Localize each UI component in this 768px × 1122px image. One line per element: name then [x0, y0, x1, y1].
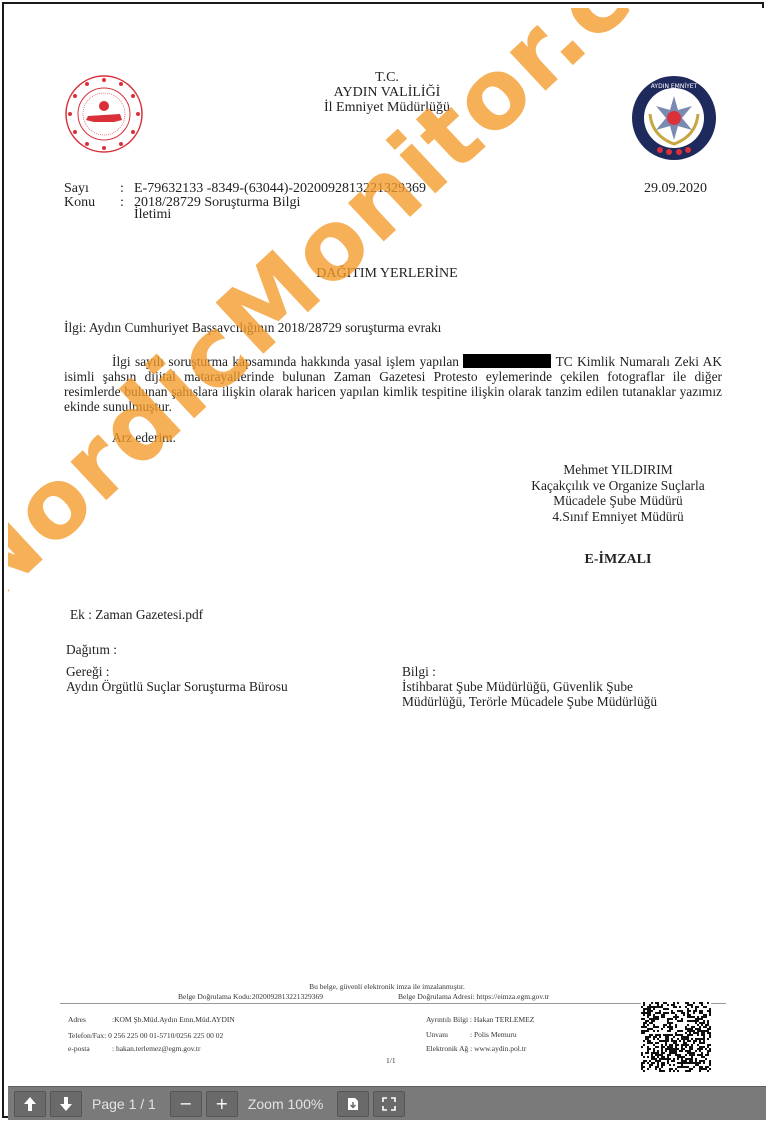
svg-text:AYDIN EMNİYET: AYDIN EMNİYET: [651, 83, 698, 90]
subject-row: Konu:2018/28729 Soruşturma Bilgi: [64, 196, 300, 210]
page-number: 1/1: [386, 1056, 396, 1066]
phone-row: Telefon/Fax: 0 256 225 00 01-5710/0256 2…: [68, 1031, 223, 1041]
title-row: Unvanı: Polis Memuru: [426, 1030, 517, 1040]
document-page: T.C. AYDIN VALİLİĞİ İl Emniyet Müdürlüğü…: [8, 8, 766, 1086]
fullscreen-button[interactable]: [373, 1091, 405, 1117]
download-button[interactable]: [337, 1091, 369, 1117]
qr-code-icon: [641, 1002, 711, 1072]
website-row: Elektronik Ağ : www.aydin.pol.tr: [426, 1044, 526, 1054]
signer-name: Mehmet YILDIRIM: [498, 462, 738, 478]
closing-line: Arz ederim.: [112, 430, 766, 445]
bilgi-value-1: İstihbarat Şube Müdürlüğü, Güvenlik Şube: [402, 679, 657, 694]
footer-divider: [60, 1003, 726, 1004]
signer-title-1: Kaçakçılık ve Organize Suçlarla: [498, 478, 738, 494]
zoom-in-button[interactable]: +: [206, 1091, 238, 1117]
esign-note: Bu belge, güvenli elektronik imza ile im…: [8, 982, 766, 992]
next-page-button[interactable]: [50, 1091, 82, 1117]
pdf-toolbar: Page 1 / 1 − + Zoom 100%: [8, 1086, 766, 1120]
redacted-id-number: [463, 354, 551, 368]
police-emblem-icon: AYDIN EMNİYET: [630, 74, 718, 162]
document-title: DAĞITIM YERLERİNE: [8, 266, 766, 282]
attachment-line: Ek : Zaman Gazetesi.pdf: [70, 607, 203, 622]
reference-number-row: Sayı:E-79632133 -8349-(63044)-2020092813…: [64, 182, 426, 196]
konu-value-cont: İletimi: [134, 208, 171, 222]
bilgi-label: Bilgi :: [402, 664, 657, 679]
distribution-label: Dağıtım :: [66, 642, 117, 657]
signer-title-2: Mücadele Şube Müdürü: [498, 493, 738, 509]
email-row: e-posta: hakan.terlemez@egm.gov.tr: [68, 1044, 200, 1054]
zoom-level: Zoom 100%: [242, 1096, 333, 1112]
signature-block: Mehmet YILDIRIM Kaçakçılık ve Organize S…: [498, 462, 738, 524]
download-icon: [347, 1097, 359, 1111]
e-signed-label: E-İMZALI: [498, 552, 738, 568]
signer-title-3: 4.Sınıf Emniyet Müdürü: [498, 509, 738, 525]
previous-page-button[interactable]: [14, 1091, 46, 1117]
page-indicator: Page 1 / 1: [86, 1096, 166, 1112]
bilgi-block: Bilgi : İstihbarat Şube Müdürlüğü, Güven…: [402, 664, 657, 709]
sayi-label: Sayı: [64, 182, 120, 196]
verify-address: Belge Doğrulama Adresi: https://eimza.eg…: [398, 992, 549, 1002]
arrow-up-icon: [23, 1096, 37, 1112]
bilgi-value-2: Müdürlüğü, Terörle Mücadele Şube Müdürlü…: [402, 694, 657, 709]
address-row: Adres:KOM Şb.Müd.Aydın Emn.Müd.AYDIN: [68, 1015, 235, 1025]
fullscreen-icon: [382, 1097, 396, 1111]
geregi-label: Gereği :: [66, 664, 288, 679]
ilgi-line: İlgi: Aydın Cumhuriyet Başsavcılığının 2…: [64, 320, 722, 335]
arrow-down-icon: [59, 1096, 73, 1112]
geregi-block: Gereği : Aydın Örgütlü Suçlar Soruşturma…: [66, 664, 288, 694]
sayi-value: E-79632133 -8349-(63044)-202009281322132…: [134, 181, 426, 196]
body-paragraph: İlgi sayılı soruşturma kapsamında hakkın…: [64, 354, 722, 414]
geregi-value: Aydın Örgütlü Suçlar Soruşturma Bürosu: [66, 679, 288, 694]
detail-row: Ayrıntılı Bilgi : Hakan TERLEMEZ: [426, 1015, 534, 1025]
verify-code: Belge Doğrulama Kodu:2020092813221329369: [178, 992, 323, 1002]
zoom-out-button[interactable]: −: [170, 1091, 202, 1117]
pdf-viewer: T.C. AYDIN VALİLİĞİ İl Emniyet Müdürlüğü…: [2, 2, 764, 1118]
document-date: 29.09.2020: [644, 182, 707, 196]
konu-label: Konu: [64, 196, 120, 210]
